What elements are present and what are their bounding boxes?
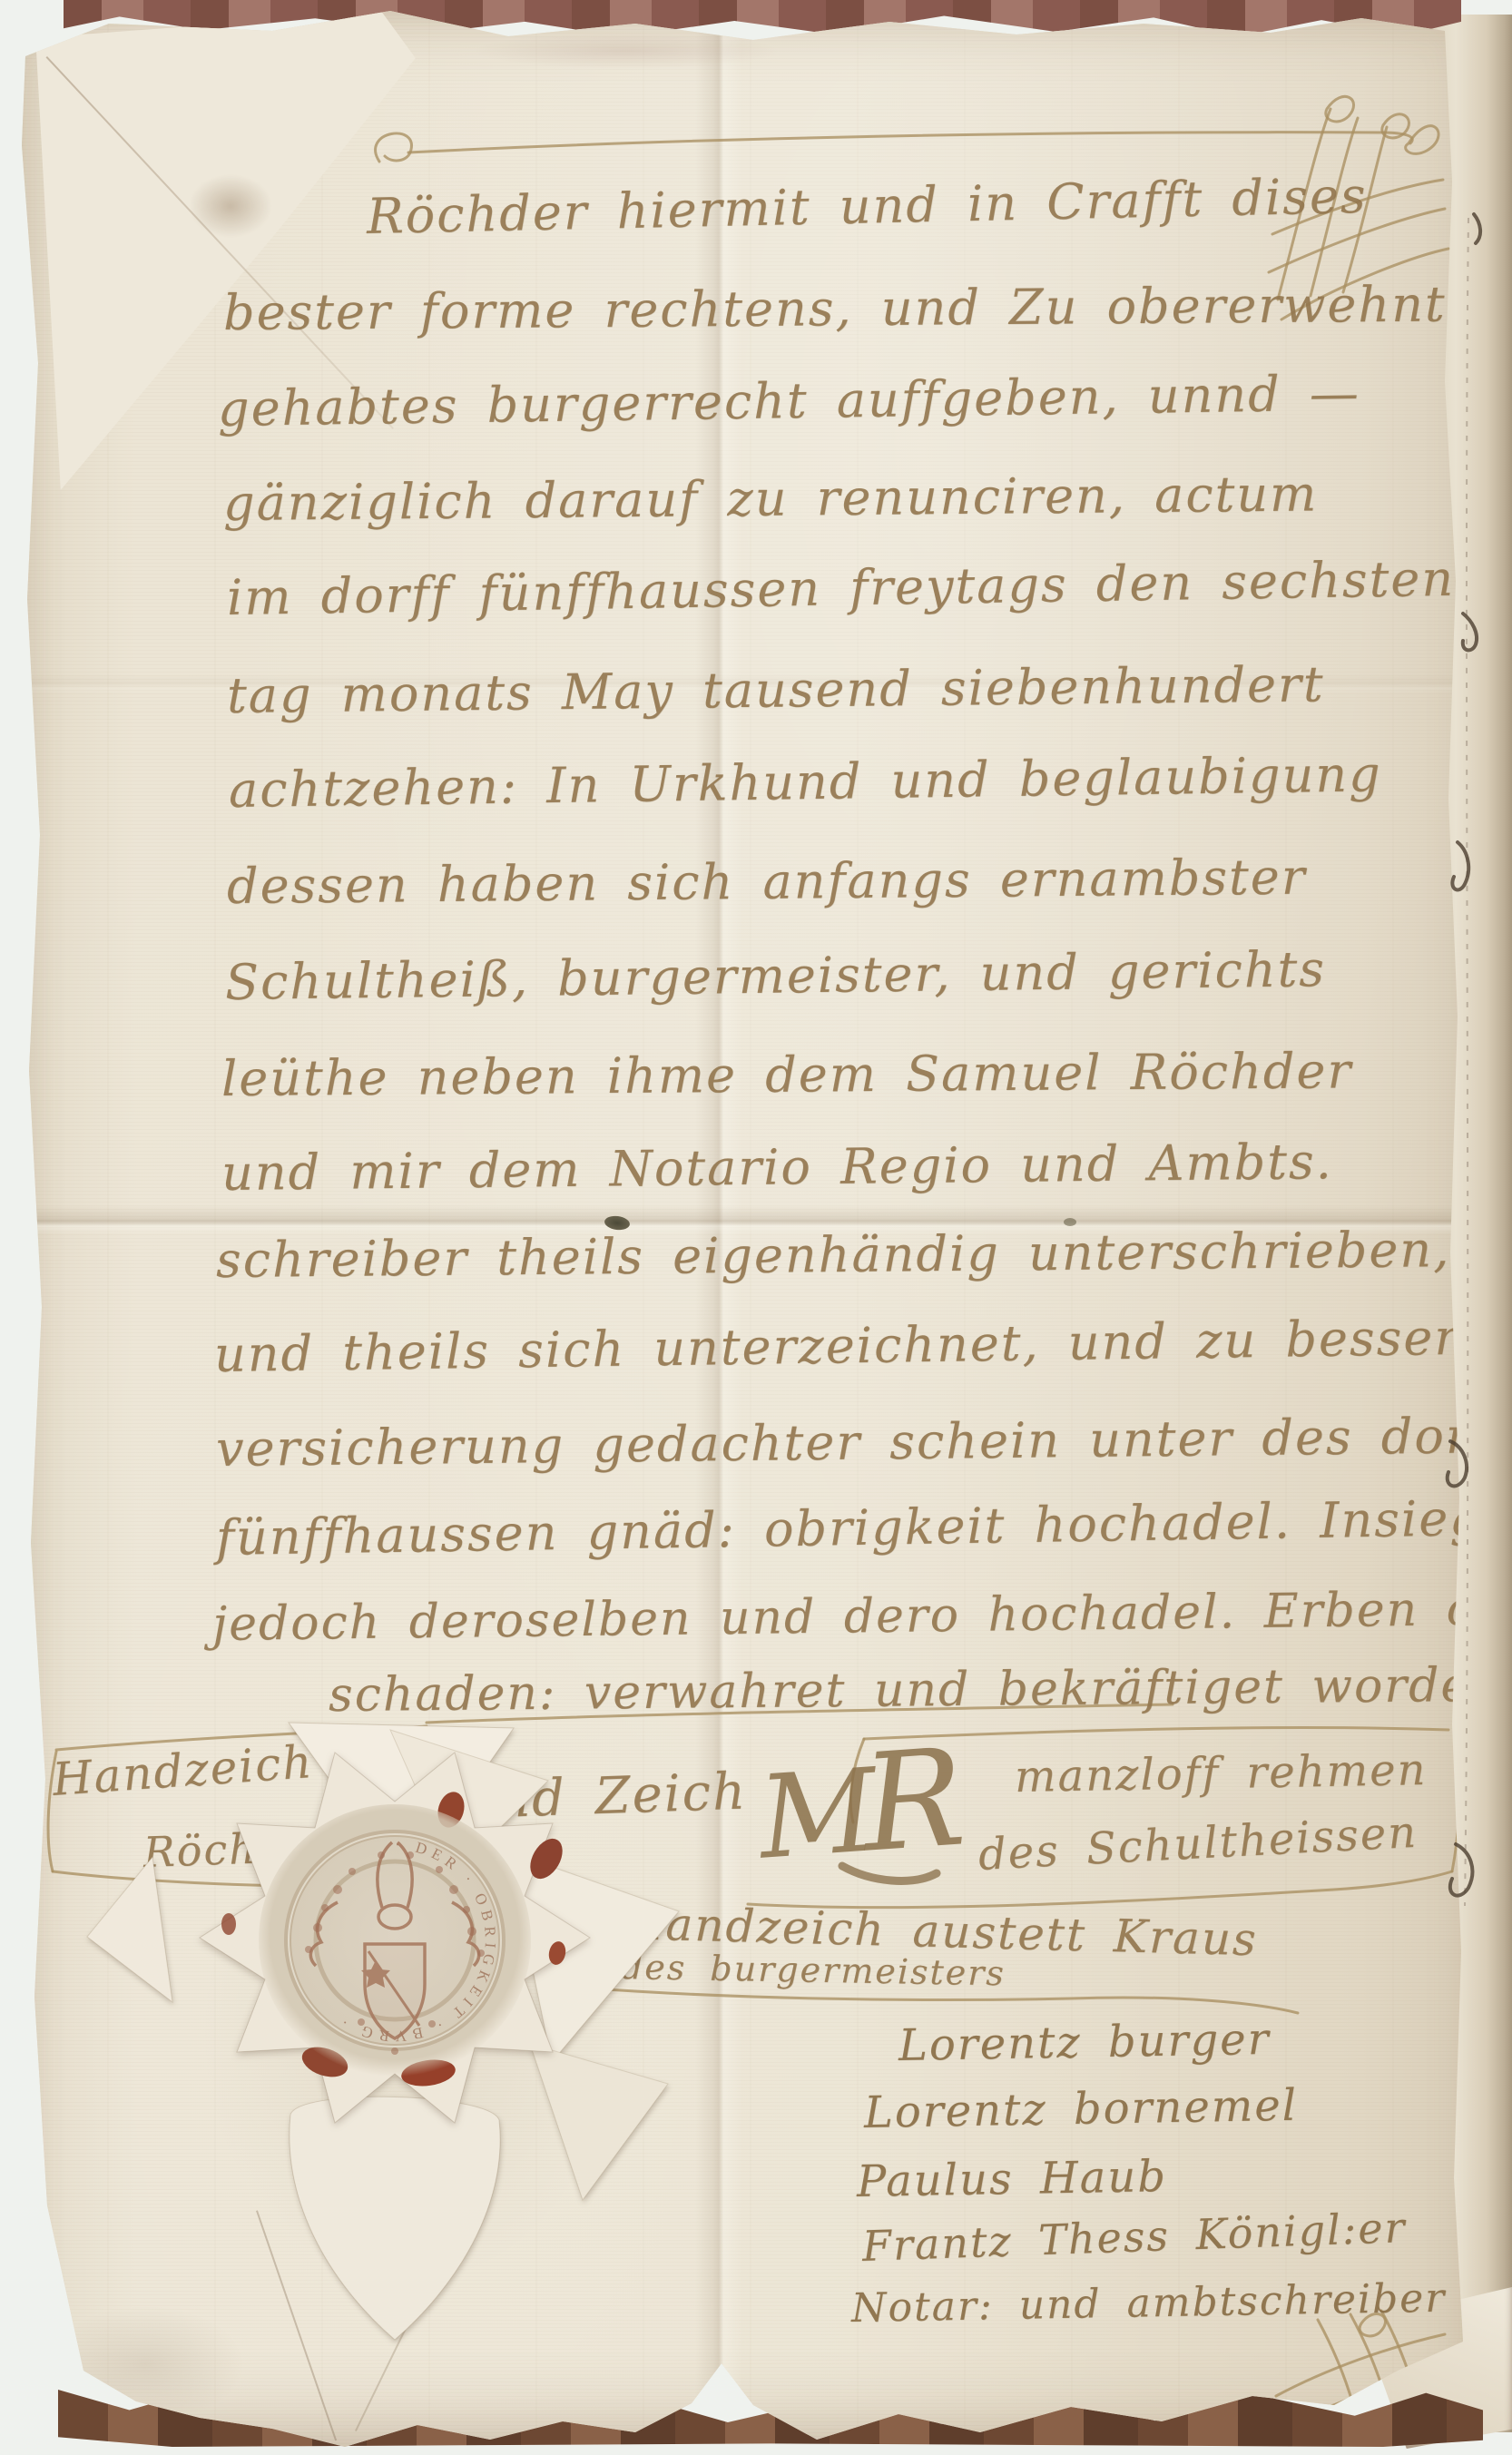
scanned-document: Röchder hiermit und in Crafft dises best… bbox=[0, 0, 1512, 2455]
binding-threads bbox=[0, 0, 1512, 2455]
